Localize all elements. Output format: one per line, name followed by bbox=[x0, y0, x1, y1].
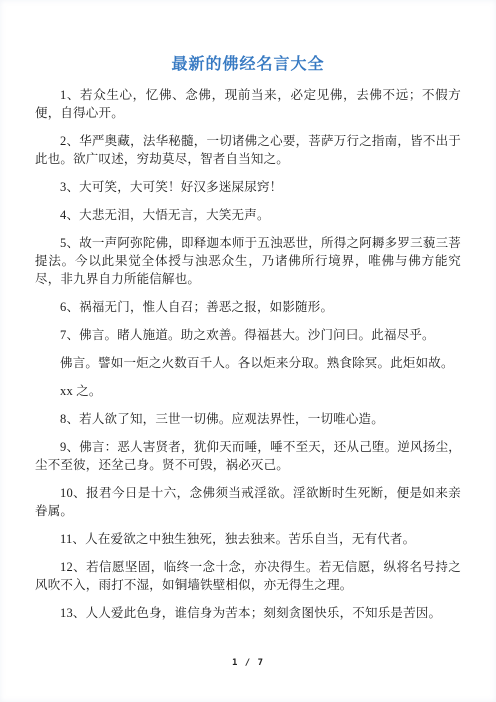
paragraph: 9、佛言：恶人害贤者，犹仰天而唾，唾不至天，还从己堕。逆风扬尘，尘不至彼，还坌己… bbox=[35, 438, 461, 474]
paragraph: 11、人在爱欲之中独生独死，独去独来。苦乐自当，无有代者。 bbox=[35, 530, 461, 548]
paragraph: 4、大悲无泪，大悟无言，大笑无声。 bbox=[35, 206, 461, 224]
paragraph: 2、华严奥藏，法华秘髓，一切诸佛之心要，菩萨万行之指南，皆不出于此也。欲广叹述，… bbox=[35, 132, 461, 168]
paragraph: 12、若信愿坚固，临终一念十念，亦决得生。若无信愿，纵将名号持之风吹不入，雨打不… bbox=[35, 558, 461, 594]
paragraph: 6、祸福无门，惟人自召；善恶之报，如影随形。 bbox=[35, 298, 461, 316]
paragraph: 佛言。譬如一炬之火数百千人。各以炬来分取。熟食除冥。此炬如故。 bbox=[35, 354, 461, 372]
paragraph-list: 1、若众生心，忆佛、念佛，现前当来，必定见佛，去佛不远；不假方便，自得心开。2、… bbox=[35, 86, 461, 622]
paragraph: 8、若人欲了知，三世一切佛。应观法界性，一切唯心造。 bbox=[35, 410, 461, 428]
page-number: 1 / 7 bbox=[0, 658, 496, 668]
document-viewport: { "page": { "background_color": "#ffffff… bbox=[0, 0, 496, 702]
document-title: 最新的佛经名言大全 bbox=[35, 54, 461, 74]
paragraph: 7、佛言。睹人施道。助之欢善。得福甚大。沙门问曰。此福尽乎。 bbox=[35, 326, 461, 344]
paragraph: 1、若众生心，忆佛、念佛，现前当来，必定见佛，去佛不远；不假方便，自得心开。 bbox=[35, 86, 461, 122]
paragraph: 5、故一声阿弥陀佛，即释迦本师于五浊恶世，所得之阿耨多罗三藐三菩提法。今以此果觉… bbox=[35, 234, 461, 288]
paragraph: 10、报君今日是十六，念佛须当戒淫欲。淫欲断时生死断，便是如来亲眷属。 bbox=[35, 484, 461, 520]
paragraph: 13、人人爱此色身，谁信身为苦本；刻刻贪图快乐，不知乐是苦因。 bbox=[35, 604, 461, 622]
paragraph: xx 之。 bbox=[35, 382, 461, 400]
paragraph: 3、大可笑，大可笑！好汉多迷屎尿窍！ bbox=[35, 178, 461, 196]
document-page: 最新的佛经名言大全 1、若众生心，忆佛、念佛，现前当来，必定见佛，去佛不远；不假… bbox=[0, 0, 496, 702]
